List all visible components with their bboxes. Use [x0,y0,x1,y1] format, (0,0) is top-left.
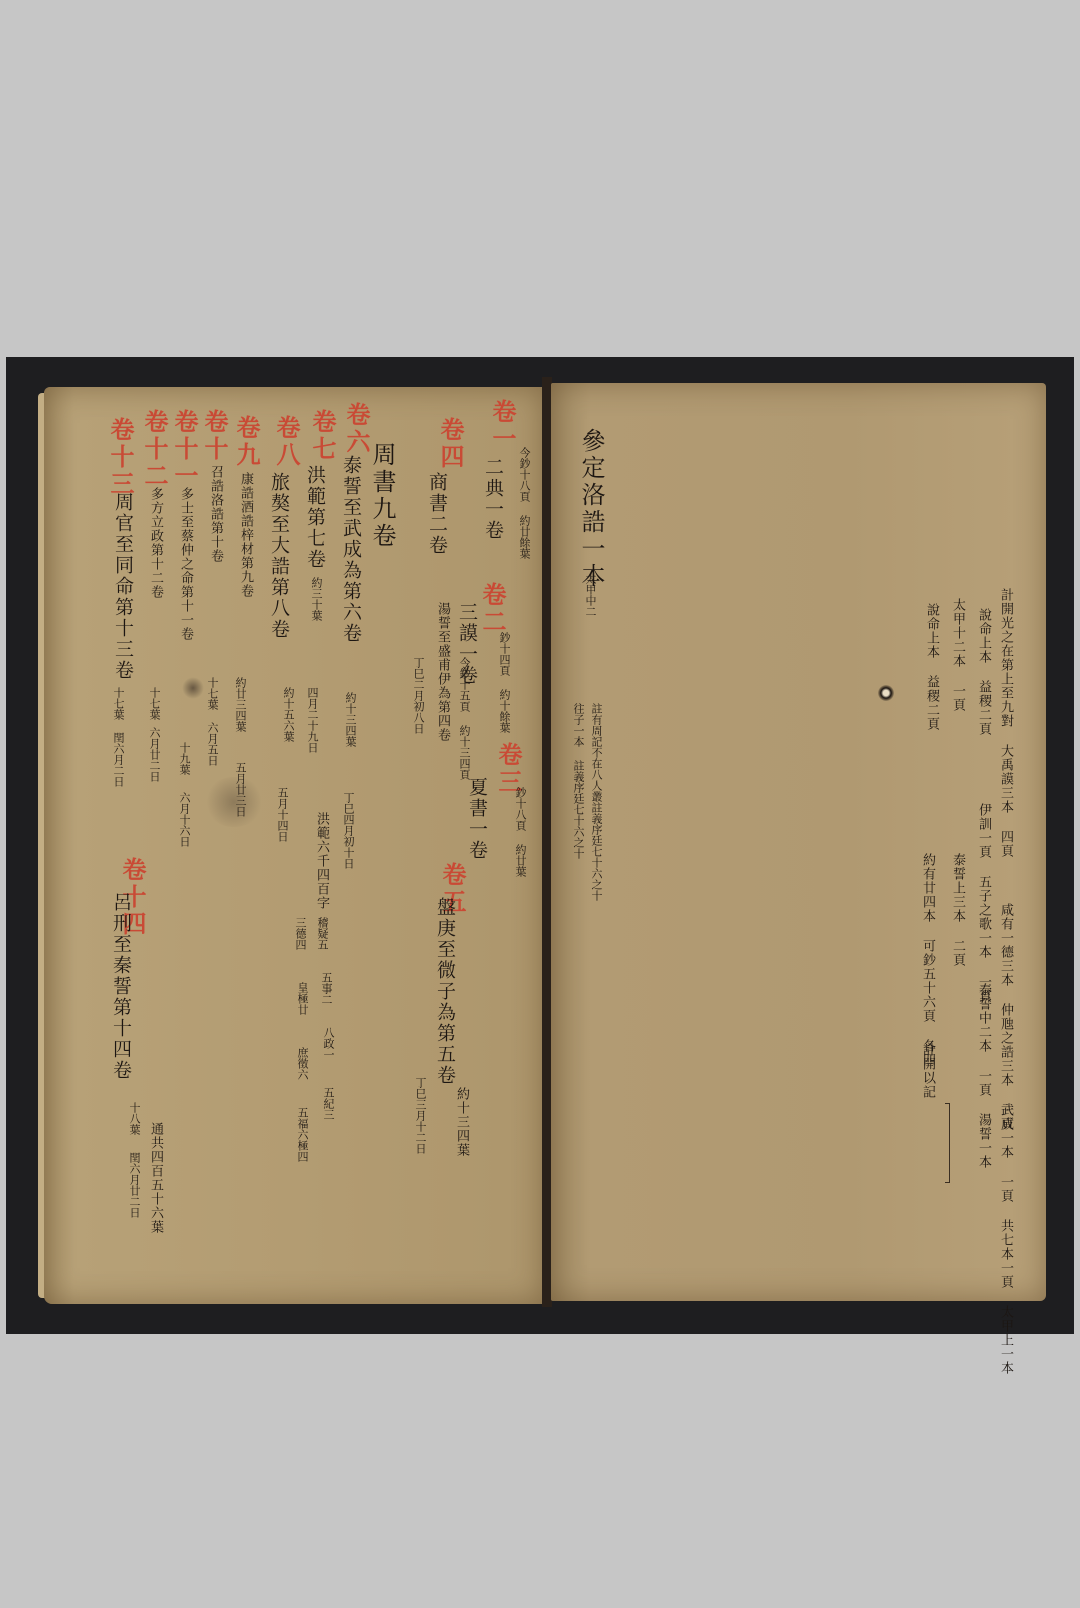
juan-4-note2: 今鈔十五頁 約十三四頁 [459,657,470,787]
juan-13-text: 周官至同命第十三卷 [113,492,132,681]
juan-6-date: 丁巳四月初十日 [343,792,354,869]
juan-6-label: 卷六 [344,402,368,456]
hong-fan-note: 庶徵六 [297,1047,308,1080]
total-count: 通共四百五十六葉 [149,1122,162,1234]
hong-fan-note: 稽疑五 [317,917,328,950]
juan-4-note: 湯誓至盛甫伊為第四卷 [436,602,449,742]
juan-1-label: 卷一 [490,399,514,453]
juan-10-date: 六月五日 [207,722,218,766]
tally-line: 計開光之在第上至九對 大禹謨三本 四頁 [999,588,1012,858]
tally-line: 伊訓一頁 五子之歌一本 一頁 [977,803,990,1003]
juan-6-note: 約十三四葉 [345,692,356,747]
juan-9-note: 約廿三四葉 [235,677,246,732]
hong-fan-note: 五紀三 [323,1087,334,1120]
juan-8-date: 五月十四日 [277,787,288,842]
ink-stain [204,777,264,827]
tally-closing: 計開以記 [921,1043,934,1099]
juan-10-note: 十七葉 [207,677,218,710]
juan-5-date: 丁巳三月十二日 [415,1077,426,1154]
hong-fan-note: 三德四 [295,917,306,950]
juan-11-label: 卷十一 [172,409,196,490]
juan-13-note: 十七葉 [113,687,124,720]
juan-1-text: 二典一卷 [483,457,502,541]
juan-14-text: 呂刑至秦誓第十四卷 [111,892,130,1081]
bracket-mark [945,1103,950,1183]
hong-fan-note: 皇極廿 [297,982,308,1015]
right-note-1: 註有周記不在八人叢註義序廷七十六之十 [591,703,602,901]
right-page: 參定洛誥一本 太甲中二 註有周記不在八人叢註義序廷七十六之十 往子一本 註義序廷… [551,383,1046,1301]
juan-10-text: 召誥洛誥第十卷 [209,465,222,563]
tally-line: 太甲十二本 一頁 [951,598,964,712]
juan-4-date: 丁巳二月初八日 [413,657,424,734]
juan-7-date: 四月二十九日 [307,687,318,753]
juan-3-text: 夏書一卷 [467,777,486,861]
tally-line: 說命上本 益稷二頁 [977,608,990,736]
zhou-shu-heading: 周書九卷 [370,442,394,550]
right-title-note: 太甲中二 [585,573,596,617]
right-note-2: 往子一本 註義序廷七十六之十 [573,703,584,859]
hong-fan-note: 八政一 [323,1027,334,1060]
juan-8-note: 約十五六葉 [283,687,294,742]
juan-5-text: 盤庚至微子為第五卷 [435,897,454,1086]
juan-12-label: 卷十二 [142,409,166,490]
juan-7-label: 卷七 [310,409,334,463]
ink-stain [182,677,204,699]
scan-background: 卷一 二典一卷 今鈔十八頁 約廿餘葉 卷二 三謨一卷 鈔十四頁 約十餘葉 卷三 … [6,357,1074,1334]
tally-summary: 約有廿四本 可鈔五十六頁 各四 [921,853,934,1067]
hole-mark [878,685,894,701]
juan-13-label: 卷十三 [108,417,132,498]
juan-9-text: 康誥酒誥梓材第九卷 [239,472,252,598]
right-title: 參定洛誥一本 [579,428,603,590]
juan-11-date: 六月十六日 [179,792,190,847]
juan-2-label: 卷二 [480,582,504,636]
juan-6-text: 泰誓至武成為第六卷 [341,455,360,644]
juan-9-label: 卷九 [234,415,258,469]
tally-line: 泰誓上三本 二頁 [951,853,964,967]
tally-line: 說命上本 益稷二頁 [925,603,938,731]
juan-7-text: 洪範第七卷 [305,465,324,570]
tally-line: 武成一本 一頁 共七本一頁 太甲上一本 [999,1103,1012,1375]
juan-12-note: 十七葉 [149,687,160,720]
juan-5-note: 約十三四葉 [455,1087,468,1157]
juan-11-text: 多士至蔡仲之命第十一卷 [179,487,192,641]
juan-13-date: 閏六月二日 [113,732,124,787]
tally-line: 咸有一德三本 仲虺之誥三本 一頁 [999,903,1012,1131]
left-page: 卷一 二典一卷 今鈔十八頁 約廿餘葉 卷二 三謨一卷 鈔十四頁 約十餘葉 卷三 … [44,387,544,1304]
juan-10-label: 卷十 [202,409,226,463]
juan-12-date: 六月廿二日 [149,727,160,782]
juan-14-date: 閏六月廿二日 [129,1152,140,1218]
juan-1-note: 今鈔十八頁 約廿餘葉 [519,447,530,577]
juan-8-label: 卷八 [274,415,298,469]
juan-11-note: 十九葉 [179,742,190,775]
hong-fan-note: 五事二 [321,972,332,1005]
juan-8-text: 旅獒至大誥第八卷 [269,472,288,640]
juan-3-note: 鈔十八頁 約廿葉 [515,787,526,897]
juan-4-text: 商書二卷 [427,472,446,556]
tally-line: 泰誓中二本 一頁 湯誓一本 [977,983,990,1169]
juan-2-note: 鈔十四頁 約十餘葉 [499,632,510,752]
hong-fan-note: 五福六極四 [297,1107,308,1162]
juan-4-label: 卷四 [438,417,462,471]
juan-7-note: 約三十葉 [311,577,322,621]
juan-14-note: 十八葉 [129,1102,140,1135]
hong-fan-count: 洪範六千四百字 [315,812,328,910]
juan-12-text: 多方立政第十二卷 [149,487,162,599]
